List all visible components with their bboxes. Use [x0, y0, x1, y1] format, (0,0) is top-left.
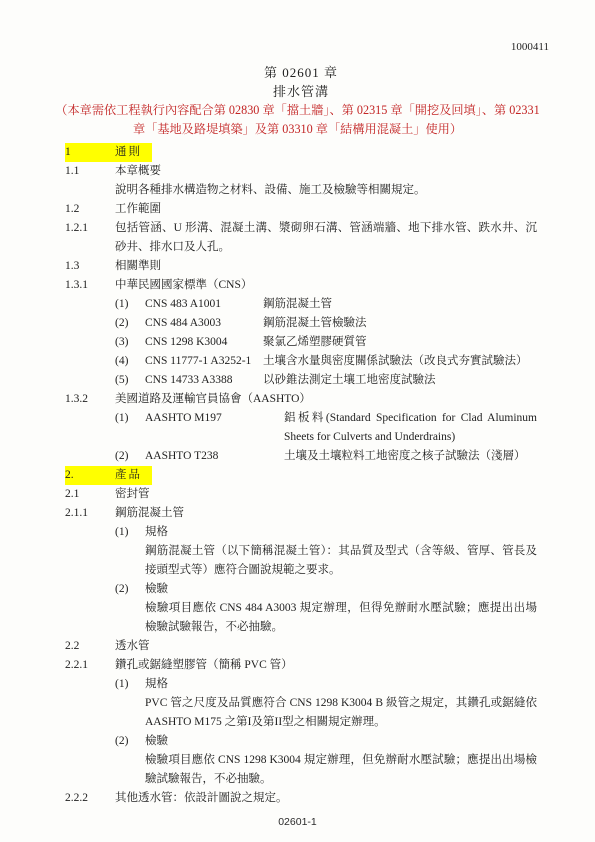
standard-code: CNS 1298 K3004: [145, 333, 263, 352]
section-number: 2.2: [65, 637, 115, 656]
section-title: 鑽孔或鋸縫塑膠管（簡稱 PVC 管）: [115, 656, 537, 675]
standard-code: AASHTO M197: [145, 409, 284, 447]
section-row-2-1: 2.1 密封管: [65, 485, 537, 504]
list-marker: (2): [115, 314, 145, 333]
usage-note-line: 章「基地及路堤填築」及第 03310 章「結構用混凝土」使用）: [38, 120, 557, 139]
paragraph: 說明各種排水構造物之材料、設備、施工及檢驗等相關規定。: [115, 181, 537, 200]
highlight-strip: 1 通則: [65, 143, 152, 162]
section-title: 產品: [115, 466, 142, 485]
indent-spacer: [65, 371, 115, 390]
section-row-1-3-2: 1.3.2 美國道路及運輸官員協會（AASHTO）: [65, 390, 537, 409]
section-row-1-3-1: 1.3.1 中華民國國家標準（CNS）: [65, 276, 537, 295]
standard-desc: 以砂錐法測定土壤工地密度試驗法: [263, 371, 436, 390]
clause-label: 規格: [145, 523, 537, 542]
list-marker: (1): [115, 409, 145, 447]
standard-code: CNS 483 A1001: [145, 295, 263, 314]
section-row-2: 2. 產品: [65, 466, 537, 485]
indent-spacer: [65, 181, 115, 200]
standard-item: (2) CNS 484 A3003 鋼筋混凝土管檢驗法: [65, 314, 537, 333]
indent-spacer: [65, 732, 115, 789]
list-marker: (1): [115, 523, 145, 542]
indent-spacer: [65, 523, 115, 580]
chapter-title: 排水管溝: [65, 82, 537, 101]
section-number: 1: [65, 143, 115, 162]
list-marker: (3): [115, 333, 145, 352]
page-number: 02601-1: [0, 816, 595, 828]
section-title: 透水管: [115, 637, 537, 656]
list-marker: (4): [115, 352, 145, 371]
section-title: 相關準則: [115, 257, 537, 276]
section-number: 1.3: [65, 257, 115, 276]
section-row-1-2: 1.2 工作範圍: [65, 200, 537, 219]
section-number: 2.1: [65, 485, 115, 504]
indent-spacer: [65, 314, 115, 333]
highlight-strip: 2. 產品: [65, 466, 152, 485]
standard-desc: 土壤及土壤粒料工地密度之核子試驗法（淺層）: [284, 447, 526, 466]
standard-item: (4) CNS 11777-1 A3252-1 土壤含水量與密度關係試驗法（改良…: [65, 352, 537, 371]
document-body: 1 通則 1.1 本章概要 說明各種排水構造物之材料、設備、施工及檢驗等相關規定…: [65, 143, 537, 808]
paragraph-row: 說明各種排水構造物之材料、設備、施工及檢驗等相關規定。: [65, 181, 537, 200]
section-number: 1.3.1: [65, 276, 115, 295]
standard-item: (2) AASHTO T238 土壤及土壤粒料工地密度之核子試驗法（淺層）: [65, 447, 537, 466]
indent-spacer: [65, 675, 115, 732]
section-title: 鋼筋混凝土管: [115, 504, 537, 523]
standard-item: (3) CNS 1298 K3004 聚氯乙烯塑膠硬質管: [65, 333, 537, 352]
section-row-2-2-2: 2.2.2 其他透水管：依設計圖說之規定。: [65, 789, 537, 808]
section-number: 1.2.1: [65, 219, 115, 257]
standard-code: CNS 14733 A3388: [145, 371, 263, 390]
section-title: 密封管: [115, 485, 537, 504]
indent-spacer: [65, 352, 115, 371]
clause-label: 規格: [145, 675, 537, 694]
indent-spacer: [65, 447, 115, 466]
section-number: 1.1: [65, 162, 115, 181]
section-number: 2.: [65, 466, 115, 485]
section-title: 工作範圍: [115, 200, 537, 219]
clause-label: 檢驗: [145, 732, 537, 751]
standard-item: (1) CNS 483 A1001 鋼筋混凝土管: [65, 295, 537, 314]
section-title: 通則: [115, 143, 142, 162]
indent-spacer: [65, 409, 115, 447]
indent-spacer: [65, 580, 115, 637]
list-marker: (2): [115, 447, 145, 466]
list-marker: (5): [115, 371, 145, 390]
clause-body: 檢驗項目應依 CNS 1298 K3004 規定辦理，但免辦耐水壓試驗；應提出出…: [145, 751, 537, 789]
section-number: 1.2: [65, 200, 115, 219]
clause-body: 檢驗項目應依 CNS 484 A3003 規定辦理，但得免辦耐水壓試驗；應提出出…: [145, 599, 537, 637]
list-marker: (2): [115, 732, 145, 751]
standard-item: (5) CNS 14733 A3388 以砂錐法測定土壤工地密度試驗法: [65, 371, 537, 390]
section-title: 中華民國國家標準（CNS）: [115, 276, 537, 295]
section-row-1-2-1: 1.2.1 包括管涵、U 形溝、混凝土溝、漿砌卵石溝、管涵端牆、地下排水管、跌水…: [65, 219, 537, 257]
clause-item: (2) 檢驗 檢驗項目應依 CNS 484 A3003 規定辦理，但得免辦耐水壓…: [65, 580, 537, 637]
doc-code: 1000411: [65, 40, 549, 55]
list-marker: (1): [115, 295, 145, 314]
standard-code: AASHTO T238: [145, 447, 284, 466]
paragraph: 其他透水管：依設計圖說之規定。: [115, 789, 537, 808]
chapter-number: 第 02601 章: [65, 63, 537, 82]
clause-item: (1) 規格 鋼筋混凝土管（以下簡稱混凝土管）：其品質及型式（含等級、管厚、管長…: [65, 523, 537, 580]
standard-desc: 鋁板料(Standard Specification for Clad Alum…: [284, 409, 537, 428]
title-block: 第 02601 章 排水管溝: [65, 63, 537, 101]
clause-item: (1) 規格 PVC 管之尺度及品質應符合 CNS 1298 K3004 B 級…: [65, 675, 537, 732]
section-number: 2.2.2: [65, 789, 115, 808]
standard-desc: 鋼筋混凝土管檢驗法: [263, 314, 367, 333]
usage-note: （本章需依工程執行內容配合第 02830 章「擋土牆」、第 02315 章「開挖…: [38, 101, 557, 139]
section-row-1: 1 通則: [65, 143, 537, 162]
clause-item: (2) 檢驗 檢驗項目應依 CNS 1298 K3004 規定辦理，但免辦耐水壓…: [65, 732, 537, 789]
clause-body: PVC 管之尺度及品質應符合 CNS 1298 K3004 B 級管之規定，其鑽…: [145, 694, 537, 732]
standard-desc: Sheets for Culverts and Underdrains): [284, 428, 537, 447]
clause-body: 鋼筋混凝土管（以下簡稱混凝土管）：其品質及型式（含等級、管厚、管長及接頭型式等）…: [145, 542, 537, 580]
section-number: 2.1.1: [65, 504, 115, 523]
standard-code: CNS 11777-1 A3252-1: [145, 352, 263, 371]
list-marker: (2): [115, 580, 145, 599]
section-number: 1.3.2: [65, 390, 115, 409]
section-number: 2.2.1: [65, 656, 115, 675]
section-title: 本章概要: [115, 162, 537, 181]
standard-code: CNS 484 A3003: [145, 314, 263, 333]
section-row-2-1-1: 2.1.1 鋼筋混凝土管: [65, 504, 537, 523]
clause-label: 檢驗: [145, 580, 537, 599]
section-row-2-2: 2.2 透水管: [65, 637, 537, 656]
standard-desc: 聚氯乙烯塑膠硬質管: [263, 333, 367, 352]
section-row-1-1: 1.1 本章概要: [65, 162, 537, 181]
section-title: 美國道路及運輸官員協會（AASHTO）: [115, 390, 537, 409]
standard-desc: 鋼筋混凝土管: [263, 295, 332, 314]
paragraph: 包括管涵、U 形溝、混凝土溝、漿砌卵石溝、管涵端牆、地下排水管、跌水井、沉砂井、…: [115, 219, 537, 257]
document-page: 1000411 第 02601 章 排水管溝 （本章需依工程執行內容配合第 02…: [0, 0, 595, 842]
usage-note-line: （本章需依工程執行內容配合第 02830 章「擋土牆」、第 02315 章「開挖…: [38, 101, 557, 120]
list-marker: (1): [115, 675, 145, 694]
standard-desc: 土壤含水量與密度關係試驗法（改良式夯實試驗法）: [263, 352, 528, 371]
section-row-2-2-1: 2.2.1 鑽孔或鋸縫塑膠管（簡稱 PVC 管）: [65, 656, 537, 675]
section-row-1-3: 1.3 相關準則: [65, 257, 537, 276]
indent-spacer: [65, 333, 115, 352]
standard-item: (1) AASHTO M197 鋁板料(Standard Specificati…: [65, 409, 537, 447]
indent-spacer: [65, 295, 115, 314]
